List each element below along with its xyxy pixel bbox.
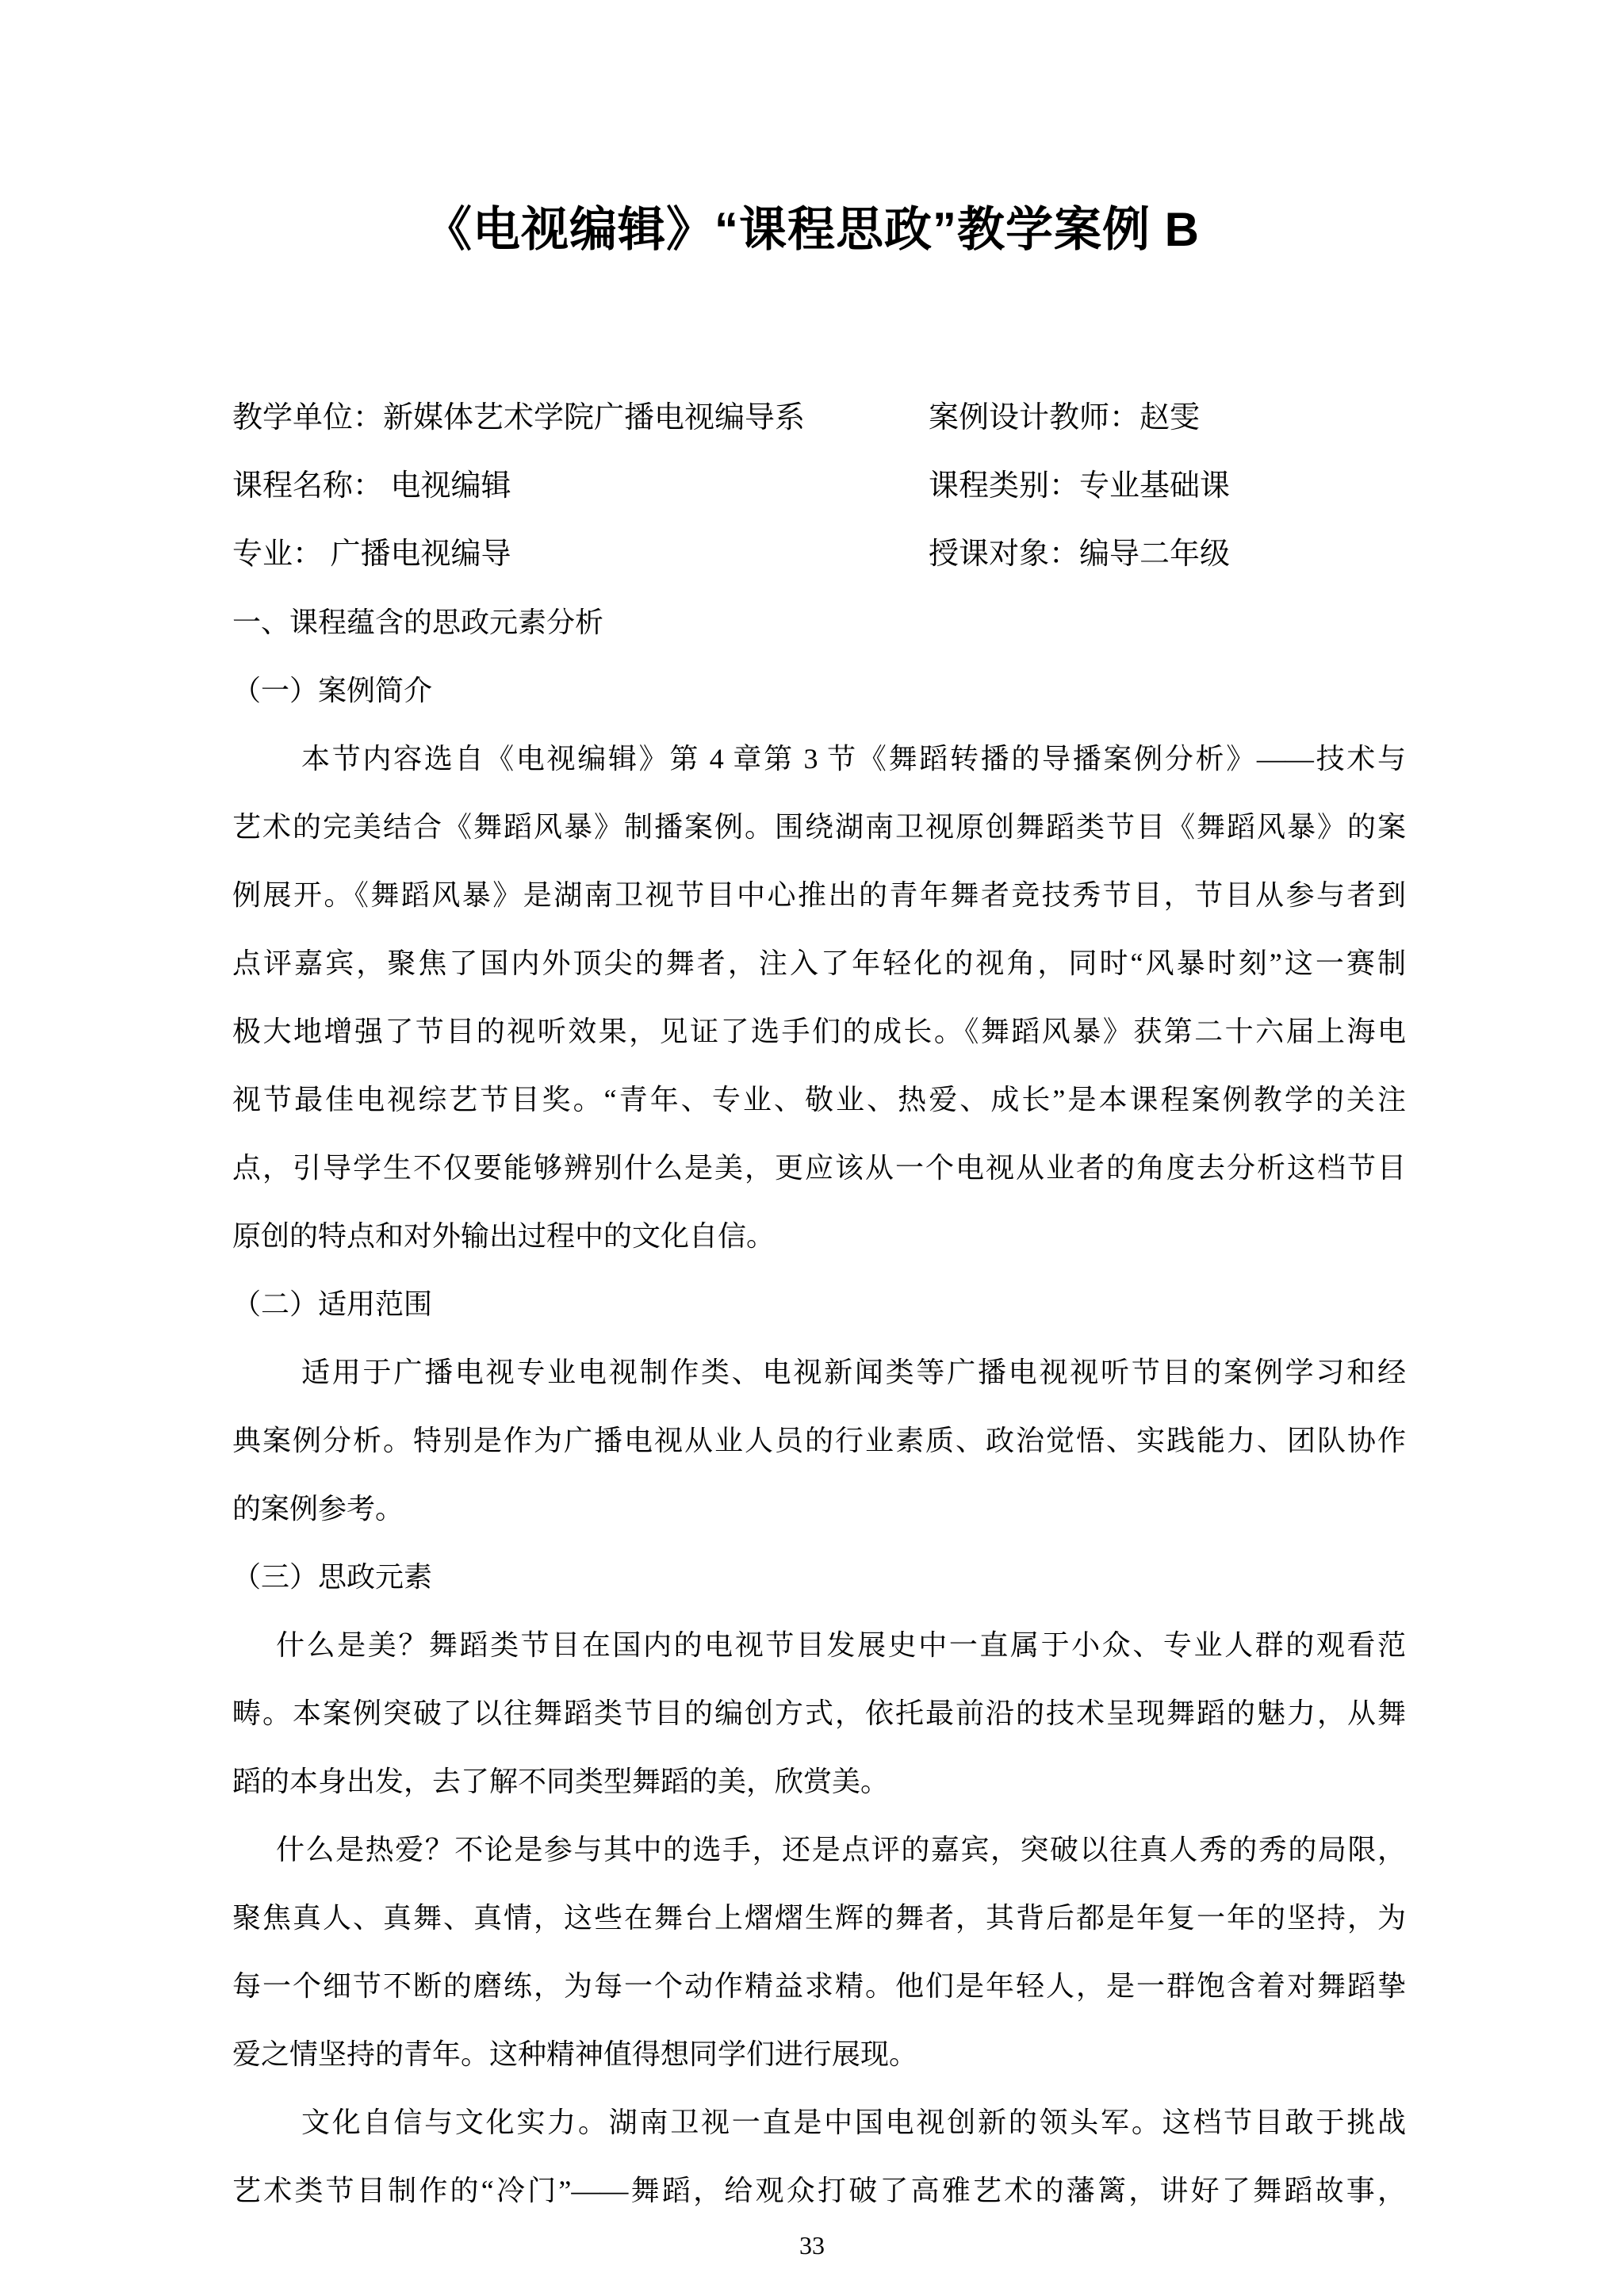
section-heading: 一、课程蕴含的思政元素分析 — [232, 588, 1406, 656]
document-body: 一、课程蕴含的思政元素分析 （一）案例简介 本节内容选自《电视编辑》第 4 章第… — [232, 588, 1406, 2225]
body-line: 适用于广播电视专业电视制作类、电视新闻类等广播电视视听节目的案例学习和经 — [232, 1338, 1406, 1406]
body-line: 的案例参考。 — [232, 1475, 1406, 1543]
body-line: 什么是热爱？不论是参与其中的选手，还是点评的嘉宾，突破以往真人秀的秀的局限， — [232, 1816, 1406, 1884]
body-line: 艺术类节目制作的“冷门”——舞蹈，给观众打破了高雅艺术的藩篱，讲好了舞蹈故事， — [232, 2156, 1406, 2225]
subsection-heading: （一）案例简介 — [232, 656, 1406, 725]
body-line: 点，引导学生不仅要能够辨别什么是美，更应该从一个电视从业者的角度去分析这档节目 — [232, 1134, 1406, 1202]
body-line: 本节内容选自《电视编辑》第 4 章第 3 节《舞蹈转播的导播案例分析》——技术与 — [232, 725, 1406, 793]
meta-audience: 授课对象：编导二年级 — [929, 520, 1406, 588]
body-line: 文化自信与文化实力。湖南卫视一直是中国电视创新的领头军。这档节目敢于挑战 — [232, 2088, 1406, 2156]
body-line: 艺术的完美结合《舞蹈风暴》制播案例。围绕湖南卫视原创舞蹈类节目《舞蹈风暴》的案 — [232, 793, 1406, 861]
body-line: 每一个细节不断的磨练，为每一个动作精益求精。他们是年轻人，是一群饱含着对舞蹈挚 — [232, 1952, 1406, 2020]
body-line: 原创的特点和对外输出过程中的文化自信。 — [232, 1202, 1406, 1270]
meta-row: 课程名称： 电视编辑 课程类别：专业基础课 — [232, 452, 1406, 520]
body-line: 爱之情坚持的青年。这种精神值得想同学们进行展现。 — [232, 2020, 1406, 2088]
body-line: 极大地增强了节目的视听效果，见证了选手们的成长。《舞蹈风暴》获第二十六届上海电 — [232, 997, 1406, 1066]
body-line: 什么是美？舞蹈类节目在国内的电视节目发展史中一直属于小众、专业人群的观看范 — [232, 1611, 1406, 1679]
body-line: 例展开。《舞蹈风暴》是湖南卫视节目中心推出的青年舞者竞技秀节目，节目从参与者到 — [232, 861, 1406, 929]
body-line: 畴。本案例突破了以往舞蹈类节目的编创方式，依托最前沿的技术呈现舞蹈的魅力，从舞 — [232, 1679, 1406, 1747]
meta-course-name: 课程名称： 电视编辑 — [232, 452, 929, 520]
document-page: 《电视编辑》“课程思政”教学案例 B 教学单位：新媒体艺术学院广播电视编导系 案… — [0, 0, 1624, 2296]
body-line: 蹈的本身出发，去了解不同类型舞蹈的美，欣赏美。 — [232, 1747, 1406, 1816]
meta-teaching-unit: 教学单位：新媒体艺术学院广播电视编导系 — [232, 384, 929, 452]
body-line: 典案例分析。特别是作为广播电视从业人员的行业素质、政治觉悟、实践能力、团队协作 — [232, 1406, 1406, 1475]
document-title: 《电视编辑》“课程思政”教学案例 B — [0, 190, 1624, 270]
subsection-heading: （二）适用范围 — [232, 1270, 1406, 1338]
body-line: 点评嘉宾，聚焦了国内外顶尖的舞者，注入了年轻化的视角，同时“风暴时刻”这一赛制 — [232, 929, 1406, 997]
body-line: 聚焦真人、真舞、真情，这些在舞台上熠熠生辉的舞者，其背后都是年复一年的坚持，为 — [232, 1884, 1406, 1952]
body-line: 视节最佳电视综艺节目奖。“青年、专业、敬业、热爱、成长”是本课程案例教学的关注 — [232, 1066, 1406, 1134]
meta-row: 专业： 广播电视编导 授课对象：编导二年级 — [232, 520, 1406, 588]
meta-major: 专业： 广播电视编导 — [232, 520, 929, 588]
meta-case-designer: 案例设计教师：赵雯 — [929, 384, 1406, 452]
meta-row: 教学单位：新媒体艺术学院广播电视编导系 案例设计教师：赵雯 — [232, 384, 1406, 452]
meta-course-category: 课程类别：专业基础课 — [929, 452, 1406, 520]
page-number: 33 — [0, 2220, 1624, 2271]
subsection-heading: （三）思政元素 — [232, 1543, 1406, 1611]
course-meta-table: 教学单位：新媒体艺术学院广播电视编导系 案例设计教师：赵雯 课程名称： 电视编辑… — [232, 384, 1406, 588]
